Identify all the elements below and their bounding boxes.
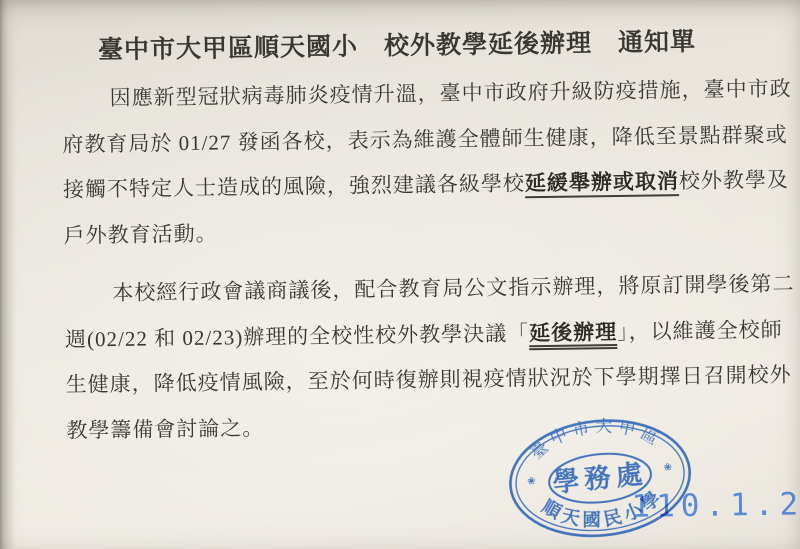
text-line: 戶外教育活動。 xyxy=(63,204,742,259)
flower-icon-right: ❀ xyxy=(663,462,673,474)
paper-content: 臺中市大甲區順天國小 校外教學延後辦理 通知單 因應新型冠狀病毒肺炎疫情升溫，臺… xyxy=(0,0,800,549)
office-seal-stamp: 臺中市大甲區 學務處 順天國民小學 ❀ ❀ xyxy=(501,407,699,549)
emphasized-text: 延後辦理 xyxy=(529,319,617,349)
body-text: 戶外教育活動。 xyxy=(63,221,217,247)
page-title: 臺中市大甲區順天國小 校外教學延後辦理 通知單 xyxy=(0,20,797,67)
document-lines: 因應新型冠狀病毒肺炎疫情升溫，臺中市政府升級防疫措施，臺中市政府教育局於 01/… xyxy=(61,67,744,453)
body-text: 」，以維護全校師 xyxy=(617,317,783,343)
body-text: 生健康，降低疫情風險，至於何時復辦則視疫情狀況於下學期擇日召開校外 xyxy=(66,363,792,397)
body-text: 府教育局於 01/27 發函各校，表示為維護全體師生健康，降低至景點群聚或 xyxy=(62,122,788,156)
flower-icon-left: ❀ xyxy=(527,476,537,488)
text-line: 生健康，降低疫情風險，至於何時復辦則視疫情狀況於下學期擇日召開校外 xyxy=(65,353,744,408)
body-text: 教學籌備會討論之。 xyxy=(66,415,264,442)
body-text: 本校經行政會議商議後，配合教育局公文指示辦理，將原訂開學後第二 xyxy=(112,271,794,305)
body-text: 週(02/22 和 02/23)辦理的全校性校外教學決議「 xyxy=(65,321,529,351)
oval-seal-icon: 臺中市大甲區 學務處 順天國民小學 ❀ ❀ xyxy=(501,407,699,549)
body-text: 接觸不特定人士造成的風險，強烈建議各級學校 xyxy=(63,171,525,201)
body-text: 因應新型冠狀病毒肺炎疫情升溫，臺中市政府升級防疫措施，臺中市政 xyxy=(110,77,792,111)
photographed-notice: 臺中市大甲區順天國小 校外教學延後辦理 通知單 因應新型冠狀病毒肺炎疫情升溫，臺… xyxy=(0,0,800,549)
date-stamp: 110.1.29 xyxy=(631,486,800,525)
text-line: 接觸不特定人士造成的風險，強烈建議各級學校延緩舉辦或取消校外教學及 xyxy=(63,158,742,213)
body-text: 校外教學及 xyxy=(679,168,789,194)
emphasized-text: 延緩舉辦或取消 xyxy=(525,169,679,198)
